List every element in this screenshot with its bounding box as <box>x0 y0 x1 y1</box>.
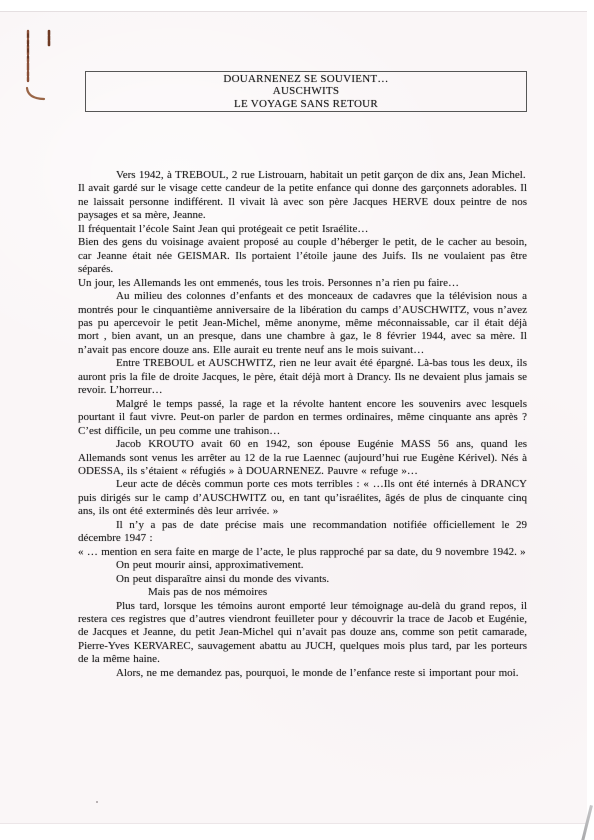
title-line: AUSCHWITS <box>86 85 526 98</box>
paragraph: Leur acte de décès commun porte ces mots… <box>78 478 527 518</box>
paragraph: Jacob KROUTO avait 60 en 1942, son épous… <box>78 438 527 478</box>
paragraph: Il n’y a pas de date précise mais une re… <box>78 519 527 546</box>
title-box: DOUARNENEZ SE SOUVIENT…AUSCHWITSLE VOYAG… <box>85 71 527 112</box>
paragraph: Entre TREBOUL et AUSCHWITZ, rien ne leur… <box>78 357 527 397</box>
paragraph: Mais pas de nos mémoires <box>78 586 527 599</box>
title-line: LE VOYAGE SANS RETOUR <box>86 98 526 111</box>
paragraph: Au milieu des colonnes d’enfants et des … <box>78 290 527 357</box>
paragraph: On peut disparaître ainsi du monde des v… <box>78 573 527 586</box>
paragraph: On peut mourir ainsi, approximativement. <box>78 559 527 572</box>
scan-speck <box>96 801 98 803</box>
document-page: DOUARNENEZ SE SOUVIENT…AUSCHWITSLE VOYAG… <box>0 11 587 824</box>
paragraph: Alors, ne me demandez pas, pourquoi, le … <box>78 667 527 680</box>
paragraph: « … mention en sera faite en marge de l’… <box>78 546 527 559</box>
paragraph: Il fréquentait l’école Saint Jean qui pr… <box>78 223 527 236</box>
paragraph: Bien des gens du voisinage avaient propo… <box>78 236 527 276</box>
paperclip-rust-mark <box>18 18 62 110</box>
document-body-text: Vers 1942, à TREBOUL, 2 rue Listrouarn, … <box>78 169 527 680</box>
paragraph: Plus tard, lorsque les témoins auront em… <box>78 600 527 667</box>
paragraph: Il avait gardé sur le visage cette cande… <box>78 182 527 222</box>
title-line: DOUARNENEZ SE SOUVIENT… <box>86 73 526 86</box>
paragraph: Un jour, les Allemands les ont emmenés, … <box>78 277 527 290</box>
scan-background: DOUARNENEZ SE SOUVIENT…AUSCHWITSLE VOYAG… <box>0 0 594 840</box>
paragraph: Malgré le temps passé, la rage et la rév… <box>78 398 527 438</box>
paragraph: Vers 1942, à TREBOUL, 2 rue Listrouarn, … <box>78 169 527 182</box>
